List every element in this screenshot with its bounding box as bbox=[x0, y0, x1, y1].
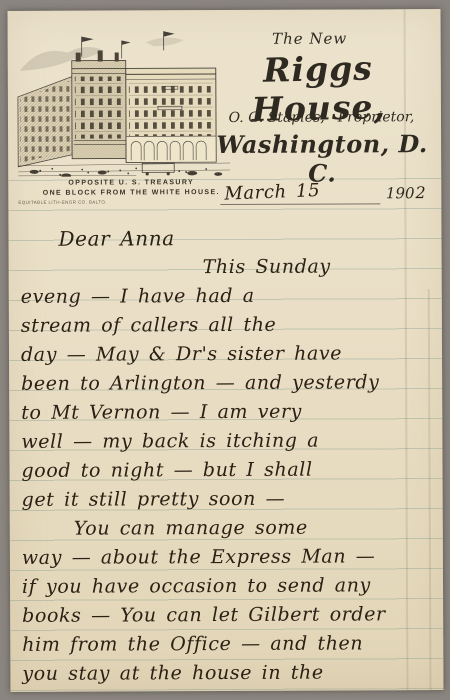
letter-line: to Mt Vernon — I am very bbox=[21, 397, 437, 428]
scanned-letter-screenshot: { "colors": { "background": "#8b8580", "… bbox=[0, 0, 450, 700]
caption-line-2: ONE BLOCK FROM THE WHITE HOUSE. bbox=[36, 187, 226, 197]
letterhead-proprietor-line: O. G. Staples,Proprietor, bbox=[214, 109, 429, 126]
proprietor-name: O. G. Staples, bbox=[229, 110, 325, 126]
letter-line: eveng — I have had a bbox=[21, 281, 437, 312]
salutation: Dear Anna bbox=[20, 223, 436, 254]
hotel-engraving bbox=[16, 24, 233, 177]
engraver-credit: EQUITABLE LITH-ENGR CO. BALTO. bbox=[18, 200, 107, 205]
proprietor-title: Proprietor, bbox=[338, 109, 415, 125]
engraving-caption: OPPOSITE U. S. TREASURY ONE BLOCK FROM T… bbox=[36, 178, 226, 198]
letter-line: been to Arlington — and yesterdy bbox=[21, 368, 437, 399]
letter-line: This Sunday bbox=[21, 252, 437, 283]
letter-paper: OPPOSITE U. S. TREASURY ONE BLOCK FROM T… bbox=[8, 9, 444, 692]
handwritten-date: March 15 bbox=[224, 180, 321, 205]
letter-line: if you have occasion to send any bbox=[22, 571, 438, 602]
letter-line: stream of callers all the bbox=[21, 310, 437, 341]
letter-line: him from the Office — and then bbox=[22, 629, 438, 660]
letter-line: You can manage some bbox=[22, 513, 438, 544]
printed-year-prefix: 190 bbox=[380, 184, 416, 204]
letter-line: well — my back is itching a bbox=[21, 426, 437, 457]
handwritten-year-digit: 2 bbox=[415, 183, 426, 204]
letterhead-tagline: The New bbox=[230, 29, 390, 48]
letter-line: books — You can let Gilbert order bbox=[22, 600, 438, 631]
letter-line: get it still pretty soon — bbox=[22, 484, 438, 515]
letter-body: Dear Anna This Sunday eveng — I have had… bbox=[20, 223, 438, 689]
letter-line: you stay at the house in the bbox=[22, 658, 438, 689]
letter-line: day — May & Dr's sister have bbox=[21, 339, 437, 370]
letter-line: way — about the Express Man — bbox=[22, 542, 438, 573]
letter-line: good to night — but I shall bbox=[21, 455, 437, 486]
date-line: March 15 190 2 bbox=[220, 174, 426, 205]
